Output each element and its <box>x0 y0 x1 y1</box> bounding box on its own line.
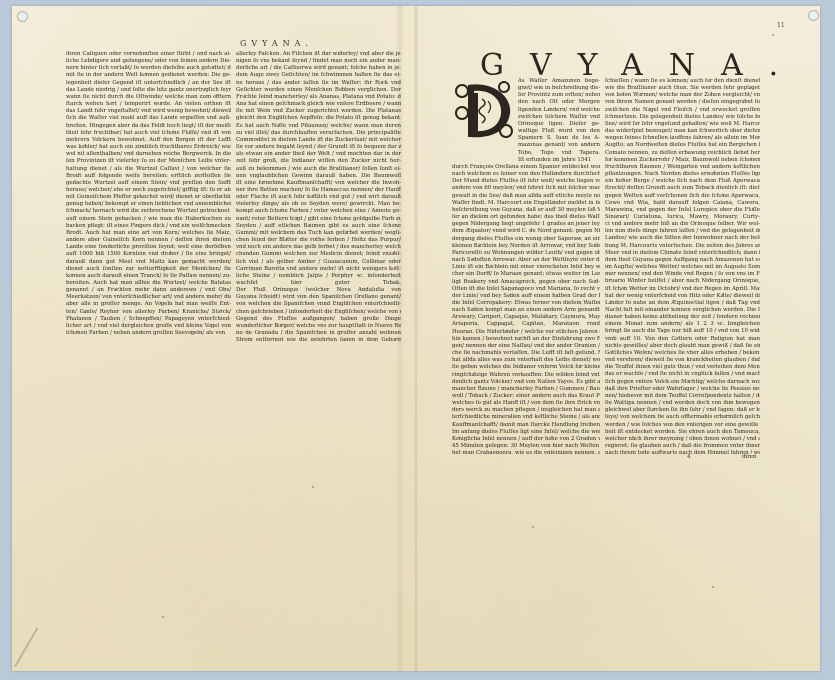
text-line: ligt Roakery vnd Amacaproch, gegen ober … <box>452 279 600 286</box>
text-line: Meerkatzen/ von vnterſchiedlicher art/ v… <box>66 294 231 301</box>
text-line: wachſet hier guter Tobak. <box>236 280 401 287</box>
text-line: dienet auch ſonſten zur notturfftigkeit … <box>66 266 231 273</box>
text-line: As Waſſer Amazonen bege- <box>518 78 600 85</box>
text-line: einem Monat zum andern/ als 1 2 3 ꝛc. In… <box>605 321 760 328</box>
text-line: Linie iſt ein Baͤchlein mit einer vierec… <box>452 264 600 271</box>
text-line: theil ſehr fruchtbar/ hat auch viel ſcho… <box>66 130 231 137</box>
text-line: auff 1000 biß 1500 Koͤrnlein vnd druͤber… <box>66 251 231 258</box>
text-line: nern hinter ſich verlaßt/ ſo werden dieſ… <box>66 65 231 72</box>
text-line: gleichwol aber ſtaͤrcken ſie ihn ſehr / … <box>605 407 760 414</box>
text-line: Der Fluß Orinoque (welcher Nova Andaluſi… <box>236 287 401 294</box>
text-line: Phaſanen / Tauben / Schnepffen/ Papageye… <box>66 316 231 323</box>
text-line: was kuͤhler/ hat auch ein zimblich fruch… <box>66 144 231 151</box>
text-line: dem Auge zwey Geſichten/ im ſchwimmen ha… <box>236 72 401 79</box>
text-line: nach Suͤdoſten Arrowar. Aber an der Weſt… <box>452 257 600 264</box>
text-line: nigen ſo vns bekant ſeynd / findet man n… <box>236 58 401 65</box>
text-line: ſchieſſen / wann ſie es koͤnnen/ auch fu… <box>605 78 760 85</box>
text-line: Marawina, vnd gegen der Inſel Lurepice o… <box>605 207 760 214</box>
text-line: ne heraus / das ander laſſen ſie im Waſſ… <box>236 80 401 87</box>
text-line: Carriman Barotta vnd andere mehr/ iſt ni… <box>236 266 401 273</box>
text-line: vnd noch ein andere das gelb ferbet / de… <box>236 244 401 251</box>
text-line: die Inſel Corropakery: Etwas ferner von … <box>452 300 600 307</box>
text-line: zwiſchen die Naͤgel vnd Fleiſch / vnd er… <box>605 107 760 114</box>
text-line: ſer Provintz zum erſten/ neben <box>518 92 600 99</box>
text-line: wegen ſeines ſchnellen lauffens fahren/ … <box>605 135 760 142</box>
text-line: waltige Fluß wurd von den <box>518 128 600 135</box>
text-line: Strom entſpringt wie die gelehrten ſagen… <box>236 337 401 341</box>
document-sheet: GVYANA. ihren Caſiquen oder vornehmſten … <box>12 6 820 671</box>
text-line: hin kamen / bewohnet naͤchſt an der Einf… <box>452 336 600 343</box>
text-line: woll / Toback / Zucker; einer andern auc… <box>452 393 600 400</box>
text-line: ſie geben welches die Indianer vnſerm Vo… <box>452 364 600 371</box>
decorated-initial-d-icon <box>454 79 514 141</box>
text-line: Tobo, Topo vnd Tapera. <box>518 150 600 157</box>
text-line: mit ſie in der andern Welt koͤnnen gedie… <box>66 72 231 79</box>
text-line: ſchmertzen. Die gelegenheit dieſes Lande… <box>605 114 760 121</box>
text-line: dergang dieſes Fluſſes ein wenig ober Sa… <box>452 236 600 243</box>
text-line: daß ihre Prieſter oder Wahrſager / welch… <box>605 386 760 393</box>
text-line: ſeye/ von welchem ſie auch offtermahls e… <box>605 414 760 421</box>
text-line: Guyana ſcheidt) wird von den Spaniſchen … <box>236 294 401 301</box>
text-line: die Teuffel ihnen viel guts thun / vnd v… <box>605 364 760 371</box>
text-line: liche Lebdigere und gefangene/ oder von … <box>66 58 231 65</box>
text-line: Iſt erfunden im Jahre 1541 <box>518 157 600 164</box>
text-line: chen ſeind der Blaͤtter die rothe ferben… <box>236 237 401 244</box>
text-line: Waſſer findt. M. Harcourt ein Engellaͤnd… <box>452 200 600 207</box>
text-line: auß zu bekommen / wie auch die Braſilian… <box>236 166 401 173</box>
text-line: Goͤttliches Weſen/ welches ſie vber alle… <box>605 350 760 357</box>
text-line: iſt ſchoͤn Wetter im Octobri/ vnd der Re… <box>605 286 760 293</box>
text-line: von boͤſen Wuͤrmen/ welche man der Zuͤhe… <box>605 92 760 99</box>
text-line: nichts gewiſſes/ aber doch glaubt man ge… <box>605 343 760 350</box>
text-line: 45 Minuten gelegen: 30 Meylen von hier n… <box>452 443 600 450</box>
text-line: no de Granada / die Spaniſchen in groſſe… <box>236 330 401 337</box>
text-line: Der Mund dieſes Fluſſes iſt ſehr weit/ w… <box>452 178 600 185</box>
text-line: im Augſto/ welches Wetter/ welches mit i… <box>605 264 760 271</box>
text-line: gen/ nennen der eine Naſſau/ vnd der and… <box>452 343 600 350</box>
text-line: legenheit dieſer Gegend iſt unterſchiedl… <box>66 80 231 87</box>
text-line: aber alle in groſſer menge. An Voͤgeln h… <box>66 301 231 308</box>
text-line: gleicht den Engliſchen Aepffeln: die Pot… <box>236 115 401 122</box>
text-line: ſie Wattipa nennen / vnd werden doch von… <box>605 400 760 407</box>
text-line: von ihrem Namen genant werden / dieſen e… <box>605 99 760 106</box>
text-line: Ana hat einen geſchmack gleich wie vnſer… <box>236 101 401 108</box>
text-line: Lande eine ſonderliche proviſion ſeynd; … <box>66 244 231 251</box>
text-line: Commoditet in dieſem Lande iſt die Zucke… <box>236 137 401 144</box>
text-line: ci vnd andere mehr biß an die Orinoque ſ… <box>605 221 760 228</box>
text-line: werden / wie ſolches von den vnſerigen v… <box>605 422 760 429</box>
text-line: ſen Provintzen iſt vielerley ſo zu der M… <box>66 158 231 165</box>
text-line: Sinarari/ Curiatuna, Iurica, Mawry, Mora… <box>605 214 760 221</box>
text-line: zu viel iſſet/ das durchlauffen verurſac… <box>236 130 401 137</box>
text-line: ligenden Laͤndern/ vnd welche <box>518 107 600 114</box>
text-line: nach ihrem tode auffwarts nach dem Himme… <box>605 450 760 454</box>
text-line: mazonas genant/ von andern <box>518 142 600 149</box>
text-line: Cowo vnd Wia, bald darauff folgen Caiana… <box>605 200 760 207</box>
text-line: zeit ſehr groß, die Indianer wiſſen den … <box>236 158 401 165</box>
text-line: vnd verehren/ dieweil ſie von kranckheit… <box>605 357 760 364</box>
text-line: kleinen Baͤchlein bey Norden iſt Arrowar… <box>452 243 600 250</box>
text-line: nach welchem es ſeiner von den Hollaͤnde… <box>452 171 600 178</box>
text-line: vielerley dinge/ als ob es Seyden were/ … <box>236 201 401 208</box>
text-line: breiten. Hingegen aber da das Feldt hoch… <box>66 123 231 130</box>
text-line: terſchiedliche mineralien vnd koͤſtliche… <box>452 414 600 421</box>
text-line: ſtreckt/ deſſen Grundt auch zum Toback d… <box>605 185 760 192</box>
text-line: ihren Caſiquen oder vornehmſten einer ſt… <box>66 51 231 58</box>
text-line: wie die Braſilianer auch thun. Sie werde… <box>605 85 760 92</box>
text-line: gegen Weſten auff verſchonen ſich die ſc… <box>605 193 760 200</box>
text-line: Seyden / auff etlichen Baͤumen gibt es a… <box>236 223 401 230</box>
text-line: licher art / vnd viel dergleichen groſſe… <box>66 323 231 330</box>
text-line: cher ein Dorff/ ſo Maraan genant; etwas … <box>452 271 600 278</box>
text-line: regieret; ſie glauben auch / daß die fro… <box>605 443 760 450</box>
text-line: mit Guineiſchem Pfeffer gekochet wird/ d… <box>66 194 231 201</box>
text-line: bringt ſie auch die Tage nur biß auff 10… <box>605 328 760 335</box>
text-line: ſie vor andern begabt ſeynd / der Grundt… <box>236 144 401 151</box>
left-page-column-1: ihren Caſiquen oder vornehmſten einer ſt… <box>66 51 231 341</box>
text-line: Oſten iſt die Inſel Sapanapoco vnd Maria… <box>452 286 600 293</box>
text-line: bereiten. Auch hat man allhie die Wurtze… <box>66 280 231 287</box>
text-line: haltung dienet / als die Wurtzel Caſſavi… <box>66 166 231 173</box>
right-page-column-1: durch François Orellana einem Spanier en… <box>452 164 600 454</box>
text-line: Spaniern S. Iuan de los A- <box>518 135 600 142</box>
text-line: See/ wird fuͤr ſehr vngeſund gehalten/ w… <box>605 121 760 128</box>
text-line: lich viel / als gelber Amber / Guaiacanu… <box>236 259 401 266</box>
text-line: von welchen die Spaniſchen vnnd Engliſch… <box>236 301 401 308</box>
text-line: Ariaporia, Cappagat, Capitan, Marataon v… <box>452 321 600 328</box>
text-line: denlich gantz Voͤlcker/ vnd von Nation Y… <box>452 379 600 386</box>
text-line: che ſie nachmahls verlaſſen. Die Lufft i… <box>452 350 600 357</box>
text-line: genannt / an Fruͤchten mehr dann andersw… <box>66 287 231 294</box>
text-line: chen geſchrieben / inſonderheit die Engl… <box>236 309 401 316</box>
text-line: durch François Orellana einem Spanier en… <box>452 164 600 171</box>
text-line: wann ſie nicht durch die Oſtwinde/ welch… <box>66 94 231 101</box>
text-line: bruario Winter heiſſet / aber nach Nider… <box>605 278 760 285</box>
text-line: Im anfang dieſes Fluſſes ligt eine Inſel… <box>452 429 600 436</box>
text-line: den nach Oſt oder Morgen <box>518 99 600 106</box>
text-line: Landes/ wie auch die Sitten der Innwohne… <box>605 235 760 242</box>
text-line: Orinoque ligen. Dieſer ge- <box>518 121 600 128</box>
text-line: das widerſpiel bezeuget/ man kan ſchwerl… <box>605 128 760 135</box>
text-line: bung M. Harcourts vnterſuchen. Die zeite… <box>605 243 760 250</box>
text-line: das er wachſe / vnd ſie nicht in vnglück… <box>605 371 760 378</box>
text-line: als etwan ein ander theil der Welt / vnd… <box>236 151 401 158</box>
text-line: Laͤnder ſo nahe an dem Æquinoctial ligen… <box>605 300 760 307</box>
text-line: ein hoher Berge / welche ſich nach dem F… <box>605 178 760 185</box>
text-line: andere aber Guineiſch Korn nennen / deſſ… <box>66 237 231 244</box>
text-line: ſich die Waſſer viel mahl auff das Lande… <box>66 115 231 122</box>
catchword: ihren <box>742 454 756 460</box>
text-line: Kauffmanſchafft/ damit man ſtarcke Handl… <box>452 422 600 429</box>
text-line: gnet/ wie in beſchreibung die- <box>518 85 600 92</box>
text-line: ders werck zu machen pflegen / insgleich… <box>452 407 600 414</box>
text-line: derliche art / die Caſſoorwa wird genant… <box>236 65 401 72</box>
running-head-left: GVYANA. <box>240 39 313 48</box>
text-line: Geſichter werden einen Menſchen Roͤbben … <box>236 87 401 94</box>
right-page-column-2: ſchieſſen / wann ſie es koͤnnen/ auch fu… <box>605 78 760 454</box>
text-line: ſich gegen vnſere Volck ein Maͤchtig/ we… <box>605 379 760 386</box>
text-line: beſchreibung von Guyana, daß er auff 30 … <box>452 207 600 214</box>
text-line: Es hat auch Nuͤſſe vnd Pflaumen/ welche/… <box>236 123 401 130</box>
text-line: het man Crabaepoera, wie es die vnſeinig… <box>452 450 600 454</box>
text-line: ſchoͤnen Farben / neben andern groſſen S… <box>66 330 231 337</box>
text-line: nen/ hiebevor mit dem Teuffel Correſpond… <box>605 393 760 400</box>
text-line: Hearan. Die Niderlaͤnder / welche vor et… <box>452 329 600 336</box>
text-line: Brodt auff folgende weiſe bereiten: erſt… <box>66 173 231 180</box>
text-line: gegen Nidergang liegt ungefehr 1 grades … <box>452 221 600 228</box>
text-line: mehrern Voͤlckern bewohnet. Auff den Ber… <box>66 137 231 144</box>
text-line: nant/ roter Bettern traͤgt / gibt eine ſ… <box>236 216 401 223</box>
text-line: heraus/ welcher/ ehe er noch zugerichtet… <box>66 187 231 194</box>
text-line: ſtarck wehen hoͤrt / temperirt wuͤrde. A… <box>66 101 231 108</box>
text-line: ringſchaͤtzige Wahren verkauffen: Die wi… <box>452 372 600 379</box>
text-line: hat allda alles was zum vnterhalt des Le… <box>452 357 600 364</box>
text-line: backen pflegt: iſt eines Fingers dick / … <box>66 223 231 230</box>
text-line: mer nennen/ vnd den Winde vnd Regen / ſo… <box>605 271 760 278</box>
pin-hole-top-left <box>17 11 28 22</box>
text-line: vmb auff 10. Von den Goͤttern oder Relig… <box>605 336 760 343</box>
text-line: Comato nennen, zu deſſen erbawung reichl… <box>605 150 760 157</box>
text-line: oder Flachs iſt auch ſehr koͤſtlich vnd … <box>236 194 401 201</box>
text-line: hat der wenig vnterſcheid von Hitz oder … <box>605 293 760 300</box>
text-line: zwiſchen ſolchem Waſſer vnd <box>518 114 600 121</box>
text-line: liche Steine / nemblich Jaſpis / Porphyr… <box>236 273 401 280</box>
text-line: wunderlicher Buͤrger/ welche vns zur hau… <box>236 323 401 330</box>
text-line: heit iſt entdecket worden. Sie ehren auc… <box>605 429 760 436</box>
text-line: ſie mit Wein vnd Zucker zugerichtet werd… <box>236 108 401 115</box>
text-line: chenden Gummi welchen zur Medicin dienet… <box>236 251 401 258</box>
text-line: len nun dieſe dinge fahren laſſen / vnd … <box>605 228 760 235</box>
text-line: welcher nach ihrer meynung / oben ihnen … <box>605 436 760 443</box>
text-line: darauß dann gut Meel vnd Maltz kan gemac… <box>66 259 231 266</box>
text-line: fruchtbaren Baͤumen / Weingaͤrten vnd an… <box>605 164 760 171</box>
text-line: Meer vnd in dieſem Climate ſeind vnterſc… <box>605 250 760 257</box>
text-line: fuͤr kommen Zuckerrohr / Maiz, Baumwoll … <box>605 157 760 164</box>
text-line: Gegend des Fluſſes außgangen/ haben groß… <box>236 316 401 323</box>
text-line: iſt eine fuͤrnehme Kauffmanſchafft/ von … <box>236 180 401 187</box>
text-line: allerley Falcken. An Fiſchen iſt dar wid… <box>236 51 401 58</box>
corner-crease <box>14 627 38 667</box>
text-line: andere von 60 meylen/ vnd fuͤhret ſich m… <box>452 185 600 192</box>
page-number: 11 <box>777 22 785 29</box>
text-line: welches ſo gut als Hanff iſt / von dem ſ… <box>452 400 600 407</box>
text-line: der Linie/ vnd bey Suͤden auff einem hal… <box>452 293 600 300</box>
text-line: Koͤniglicha Inſel nennen / auff der hoͤh… <box>452 436 600 443</box>
center-fold <box>414 6 418 671</box>
text-line: ſer an dieſem ort gefunden habe: das the… <box>452 214 600 221</box>
text-line: Brodt. Auch hat man eine art von Korn/ w… <box>66 230 231 237</box>
text-line: dem Æquator/ vnnd wird C. de Nord genant… <box>452 228 600 235</box>
text-line: Gummi/ mit welchem das Tuch kan gefaͤrbe… <box>236 230 401 237</box>
text-line: ten/ Gaͤnſe/ Reyher von allerley Farben/… <box>66 309 231 316</box>
text-line: das Lande niedrig / und ſolte die hitz g… <box>66 87 231 94</box>
text-line: Fruͤchte ſeind mancherley/ als Ananas, P… <box>236 94 401 101</box>
text-line: auff einem Stein gebacken / wie man die … <box>66 216 231 223</box>
text-line: gewalt in die See/ daß man allda auff et… <box>452 193 600 200</box>
text-line: dianer haben keine abtheilung der zeit /… <box>605 314 760 321</box>
signature-mark: 4 <box>687 454 690 460</box>
text-line: Arowary, Caripori, Capaque, Malabary, Ca… <box>452 314 600 321</box>
text-line: genug haben/ bekompt er einen lieblichen… <box>66 201 231 208</box>
right-page-column-1-beside-initial: As Waſſer Amazonen bege-gnet/ wie in beſ… <box>518 78 600 164</box>
text-line: koͤnnen auch darauß einen Tranck/ ſo ſie… <box>66 273 231 280</box>
text-line: Paricoreſſo zu Wohnungen wilder Leuth/ v… <box>452 250 600 257</box>
text-line: Augſto; an Nordweſten dieſes Fluſſes hat… <box>605 142 760 149</box>
text-line: Nacht faſt mit einander koͤnnen verglich… <box>605 307 760 314</box>
text-line: ſchmack/ hernach wird die zerbrochene Wu… <box>66 208 231 215</box>
text-line: das Landt ſehr vngeſtaltet/ vnd wird wen… <box>66 108 231 115</box>
text-line: dem theil Guyana gegen Auffgang nach Ama… <box>605 257 760 264</box>
text-line: wol nit allenthalben/ vnd darneben reich… <box>66 151 231 158</box>
text-line: nen vnglaublichen Gewinn darauß haben. D… <box>236 173 401 180</box>
text-line: mancher Baͤume / mancherley Farben / Gum… <box>452 386 600 393</box>
left-page-column-2: allerley Falcken. An Fiſchen iſt dar wid… <box>236 51 401 341</box>
text-line: nach Suͤden kompt man an einen andern Ar… <box>452 307 600 314</box>
text-line: ner ihre Betten machen/ ſo ſie Hamaccas … <box>236 187 401 194</box>
text-line: kompt auch ſchoͤne Farben / vnter welche… <box>236 208 401 215</box>
pin-hole-top-right <box>808 10 819 21</box>
text-line: pflantzungen. Nach Norden dieſes erwaͤhn… <box>605 171 760 178</box>
text-line: gedachte Wurtzel auff einem Stein/ vnd p… <box>66 180 231 187</box>
